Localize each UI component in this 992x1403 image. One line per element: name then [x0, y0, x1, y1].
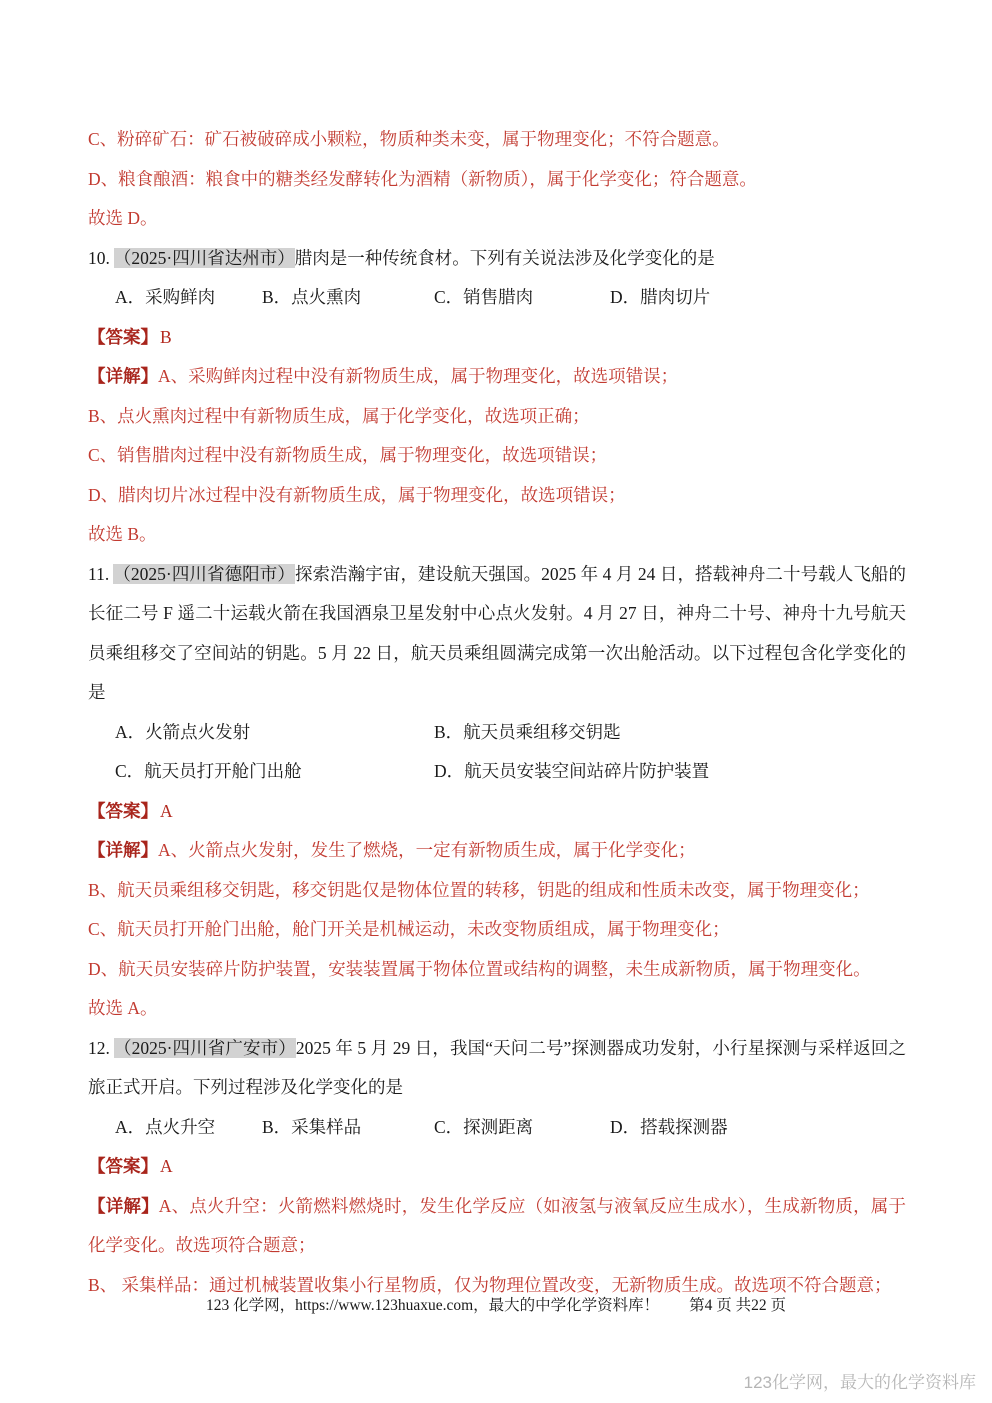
watermark-text: 123化学网，最大的化学资料库: [744, 1368, 976, 1393]
question-10-option-a: A．采购鲜肉: [115, 278, 215, 318]
question-11-options-row-1: A．火箭点火发射 B．航天员乘组移交钥匙: [88, 713, 906, 753]
answer-label: 【答案】: [88, 327, 158, 347]
question-11-source-highlight: （2025·四川省德阳市）: [113, 564, 295, 584]
question-11-option-b: B．航天员乘组移交钥匙: [434, 713, 621, 753]
question-12-detail-a: A、点火升空：火箭燃料燃烧时，发生化学反应（如液氢与液氧反应生成水），生成新物质…: [88, 1196, 906, 1256]
q9-conclusion: 故选 D。: [88, 199, 906, 239]
question-10-option-c: C．销售腊肉: [434, 278, 533, 318]
question-10-detail-c: C、销售腊肉过程中没有新物质生成，属于物理变化，故选项错误；: [88, 436, 906, 476]
question-10-number: 10.: [88, 248, 114, 268]
answer-label: 【答案】: [88, 801, 158, 821]
question-12-option-c: C．探测距离: [434, 1108, 533, 1148]
question-11-stem-paragraph: 11.（2025·四川省德阳市）探索浩瀚宇宙，建设航天强国。2025 年 4 月…: [88, 555, 906, 713]
question-10-source-highlight: （2025·四川省达州市）: [114, 248, 295, 268]
question-11-detail-a-line: 【详解】A、火箭点火发射，发生了燃烧，一定有新物质生成，属于化学变化；: [88, 831, 906, 871]
question-10-detail-b: B、点火熏肉过程中有新物质生成，属于化学变化，故选项正确；: [88, 397, 906, 437]
page-content: C、粉碎矿石：矿石被破碎成小颗粒，物质种类未变，属于物理变化；不符合题意。 D、…: [88, 120, 906, 1305]
question-10-conclusion: 故选 B。: [88, 515, 906, 555]
question-10-detail-a-line: 【详解】A、采购鲜肉过程中没有新物质生成，属于物理变化，故选项错误；: [88, 357, 906, 397]
question-10-detail-a: A、采购鲜肉过程中没有新物质生成，属于物理变化，故选项错误；: [158, 366, 678, 386]
footer-site-text: 123 化学网，https://www.123huaxue.com，最大的中学化…: [206, 1297, 659, 1314]
footer-page-number: 第4 页 共22 页: [689, 1297, 786, 1314]
detail-label: 【详解】: [88, 366, 158, 386]
question-12-answer: A: [158, 1156, 173, 1176]
question-10-detail-d: D、腊肉切片冰过程中没有新物质生成，属于物理变化，故选项错误；: [88, 476, 906, 516]
question-11-conclusion: 故选 A。: [88, 989, 906, 1029]
question-11-options-row-2: C．航天员打开舱门出舱 D．航天员安装空间站碎片防护装置: [88, 752, 906, 792]
question-11-stem: 探索浩瀚宇宙，建设航天强国。2025 年 4 月 24 日，搭载神舟二十号载人飞…: [88, 564, 906, 703]
question-10-options-row: A．采购鲜肉 B．点火熏肉 C．销售腊肉 D．腊肉切片: [88, 278, 906, 318]
question-10-answer: B: [158, 327, 172, 347]
question-12-option-b: B．采集样品: [262, 1108, 361, 1148]
question-10-stem-line: 10.（2025·四川省达州市）腊肉是一种传统食材。下列有关说法涉及化学变化的是: [88, 239, 906, 279]
page-footer: 123 化学网，https://www.123huaxue.com，最大的中学化…: [0, 1293, 992, 1319]
answer-label: 【答案】: [88, 1156, 158, 1176]
question-11-option-d: D．航天员安装空间站碎片防护装置: [434, 752, 709, 792]
question-11-detail-d: D、航天员安装碎片防护装置，安装装置属于物体位置或结构的调整，未生成新物质，属于…: [88, 950, 906, 990]
question-11-number: 11.: [88, 564, 113, 584]
question-10-option-d: D．腊肉切片: [610, 278, 710, 318]
document-page: { "colors": { "marker_red": "#a8241b", "…: [0, 0, 992, 1403]
q9-detail-option-c: C、粉碎矿石：矿石被破碎成小颗粒，物质种类未变，属于物理变化；不符合题意。: [88, 120, 906, 160]
question-11-detail-a: A、火箭点火发射，发生了燃烧，一定有新物质生成，属于化学变化；: [158, 840, 696, 860]
question-12-options-row: A．点火升空 B．采集样品 C．探测距离 D．搭载探测器: [88, 1108, 906, 1148]
detail-label: 【详解】: [88, 840, 158, 860]
question-12-detail-a-line: 【详解】A、点火升空：火箭燃料燃烧时，发生化学反应（如液氢与液氧反应生成水），生…: [88, 1187, 906, 1266]
question-12-option-a: A．点火升空: [115, 1108, 215, 1148]
question-10-stem: 腊肉是一种传统食材。下列有关说法涉及化学变化的是: [295, 248, 715, 268]
question-12-number: 12.: [88, 1038, 114, 1058]
q9-detail-option-d: D、粮食酿酒：粮食中的糖类经发酵转化为酒精（新物质），属于化学变化；符合题意。: [88, 160, 906, 200]
question-10-option-b: B．点火熏肉: [262, 278, 361, 318]
question-12-stem-paragraph: 12.（2025·四川省广安市）2025 年 5 月 29 日，我国“天问二号”…: [88, 1029, 906, 1108]
question-11-option-c: C．航天员打开舱门出舱: [115, 752, 302, 792]
question-11-answer: A: [158, 801, 173, 821]
question-11-answer-line: 【答案】A: [88, 792, 906, 832]
question-12-source-highlight: （2025·四川省广安市）: [114, 1038, 296, 1058]
question-10-answer-line: 【答案】B: [88, 318, 906, 358]
detail-label: 【详解】: [88, 1196, 159, 1216]
question-11-detail-c: C、航天员打开舱门出舱，舱门开关是机械运动，未改变物质组成，属于物理变化；: [88, 910, 906, 950]
question-11-option-a: A．火箭点火发射: [115, 713, 250, 753]
question-12-answer-line: 【答案】A: [88, 1147, 906, 1187]
question-12-option-d: D．搭载探测器: [610, 1108, 728, 1148]
question-11-detail-b: B、航天员乘组移交钥匙，移交钥匙仅是物体位置的转移，钥匙的组成和性质未改变，属于…: [88, 871, 906, 911]
